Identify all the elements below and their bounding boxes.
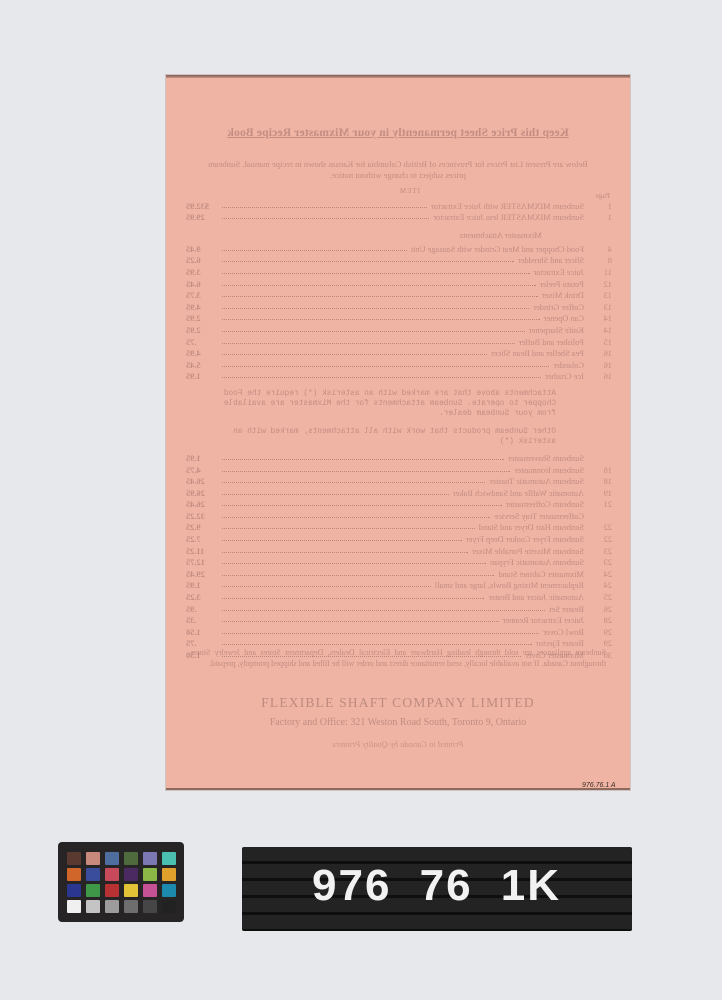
color-swatch <box>124 900 138 913</box>
list-item: 25Automatic Juicer and Beater3.25 <box>186 590 612 602</box>
color-swatch <box>124 868 138 881</box>
list-item: 14Knife Sharpener2.95 <box>186 323 612 335</box>
list-item: 16Pea Sheller and Bean Slicer4.95 <box>186 347 612 359</box>
appliances-heading: Other Sunbeam products that work with al… <box>186 423 612 451</box>
color-swatch-grid <box>67 852 176 913</box>
color-swatch <box>67 852 81 865</box>
list-item: 12Potato Peeler6.45 <box>186 277 612 289</box>
distribution-note: Sunbeam appliances are sold through lead… <box>190 647 606 669</box>
list-item: 23Sunbeam Automatic Frypan12.75 <box>186 556 612 568</box>
list-item: 1Sunbeam MIXMASTER less Juice Extractor2… <box>186 211 612 223</box>
attachments-heading: Mixmaster Attachments <box>186 228 612 242</box>
color-swatch <box>86 884 100 897</box>
color-swatch <box>143 852 157 865</box>
list-item: 26Beater Set.95 <box>186 602 612 614</box>
list-item: 16Ice Crusher1.95 <box>186 370 612 382</box>
color-swatch <box>143 884 157 897</box>
color-swatch <box>67 900 81 913</box>
list-item: 22Sunbeam Hair Dryer and Stand9.25 <box>186 521 612 533</box>
company-name: FLEXIBLE SHAFT COMPANY LIMITED <box>166 695 630 711</box>
catalog-number-label-bar: 976 76 1K <box>242 847 632 931</box>
color-swatch <box>67 884 81 897</box>
item-column-label: ITEM <box>399 187 420 195</box>
color-swatch <box>124 884 138 897</box>
list-item: 19Automatic Waffle and Sandwich Baker26.… <box>186 486 612 498</box>
color-swatch <box>86 868 100 881</box>
color-swatch <box>162 868 176 881</box>
list-item: 18Sunbeam Automatic Toaster26.45 <box>186 475 612 487</box>
color-swatch <box>162 900 176 913</box>
list-item: 23Sunbeam Mixette Portable Mixer11.25 <box>186 544 612 556</box>
list-item: 24Mixmaster Cabinet Stand29.45 <box>186 567 612 579</box>
list-item: 13Drink Mixer3.75 <box>186 289 612 301</box>
list-item: 4Food Chopper and Meat Grinder with Saus… <box>186 242 612 254</box>
color-swatch <box>143 868 157 881</box>
main-items-list: 1Sunbeam MIXMASTER with Juice Extractor$… <box>186 199 612 660</box>
list-item: 11Juice Extractor3.95 <box>186 265 612 277</box>
list-item: 22Sunbeam Fryer Cooker Deep Fryer7.25 <box>186 532 612 544</box>
color-swatch <box>105 868 119 881</box>
list-item: 1Sunbeam MIXMASTER with Juice Extractor$… <box>186 199 612 211</box>
list-item: 8Slicer and Shredder6.25 <box>186 254 612 266</box>
list-item: 14Can Opener2.95 <box>186 312 612 324</box>
color-swatch <box>162 852 176 865</box>
list-item: 21Sunbeam Coffeemaster26.45 <box>186 498 612 510</box>
color-swatch <box>124 852 138 865</box>
color-swatch <box>105 900 119 913</box>
company-address: Factory and Office: 321 Weston Road Sout… <box>166 717 630 728</box>
catalog-number: 976 76 1K <box>312 861 561 911</box>
price-sheet-paper: Keep this Price Sheet permanently in you… <box>166 75 630 790</box>
color-swatch <box>162 884 176 897</box>
mirrored-show-through-text: Keep this Price Sheet permanently in you… <box>166 75 630 790</box>
color-swatch <box>86 900 100 913</box>
color-swatch <box>105 852 119 865</box>
sheet-header: Keep this Price Sheet permanently in you… <box>206 127 590 139</box>
color-swatch <box>67 868 81 881</box>
list-item: 15Polisher and Buffer.75 <box>186 335 612 347</box>
printer-credit: Printed in Canada by Quality Printers <box>166 739 630 749</box>
attachments-note: Attachments above that are marked with a… <box>186 387 612 423</box>
accession-number-note: 976.76.1 A <box>582 782 616 789</box>
list-item: 18Sunbeam Ironmaster4.75 <box>186 463 612 475</box>
color-swatch <box>86 852 100 865</box>
list-item: 24Replacement Mixing Bowls, large and sm… <box>186 579 612 591</box>
color-swatch <box>143 900 157 913</box>
list-item: Sunbeam Shavemaster1.95 <box>186 451 612 463</box>
list-item: 16Colander5.45 <box>186 358 612 370</box>
list-item: Coffeemaster Tray Service32.25 <box>186 509 612 521</box>
color-swatch <box>105 884 119 897</box>
list-item: 13Coffee Grinder4.95 <box>186 300 612 312</box>
color-checker-card <box>58 842 184 922</box>
list-item: 28Juicer Extractor Reamer.35 <box>186 614 612 626</box>
list-item: 29Bowl Cover1.50 <box>186 625 612 637</box>
sheet-intro: Below are Present List Prices for Provin… <box>204 159 592 181</box>
